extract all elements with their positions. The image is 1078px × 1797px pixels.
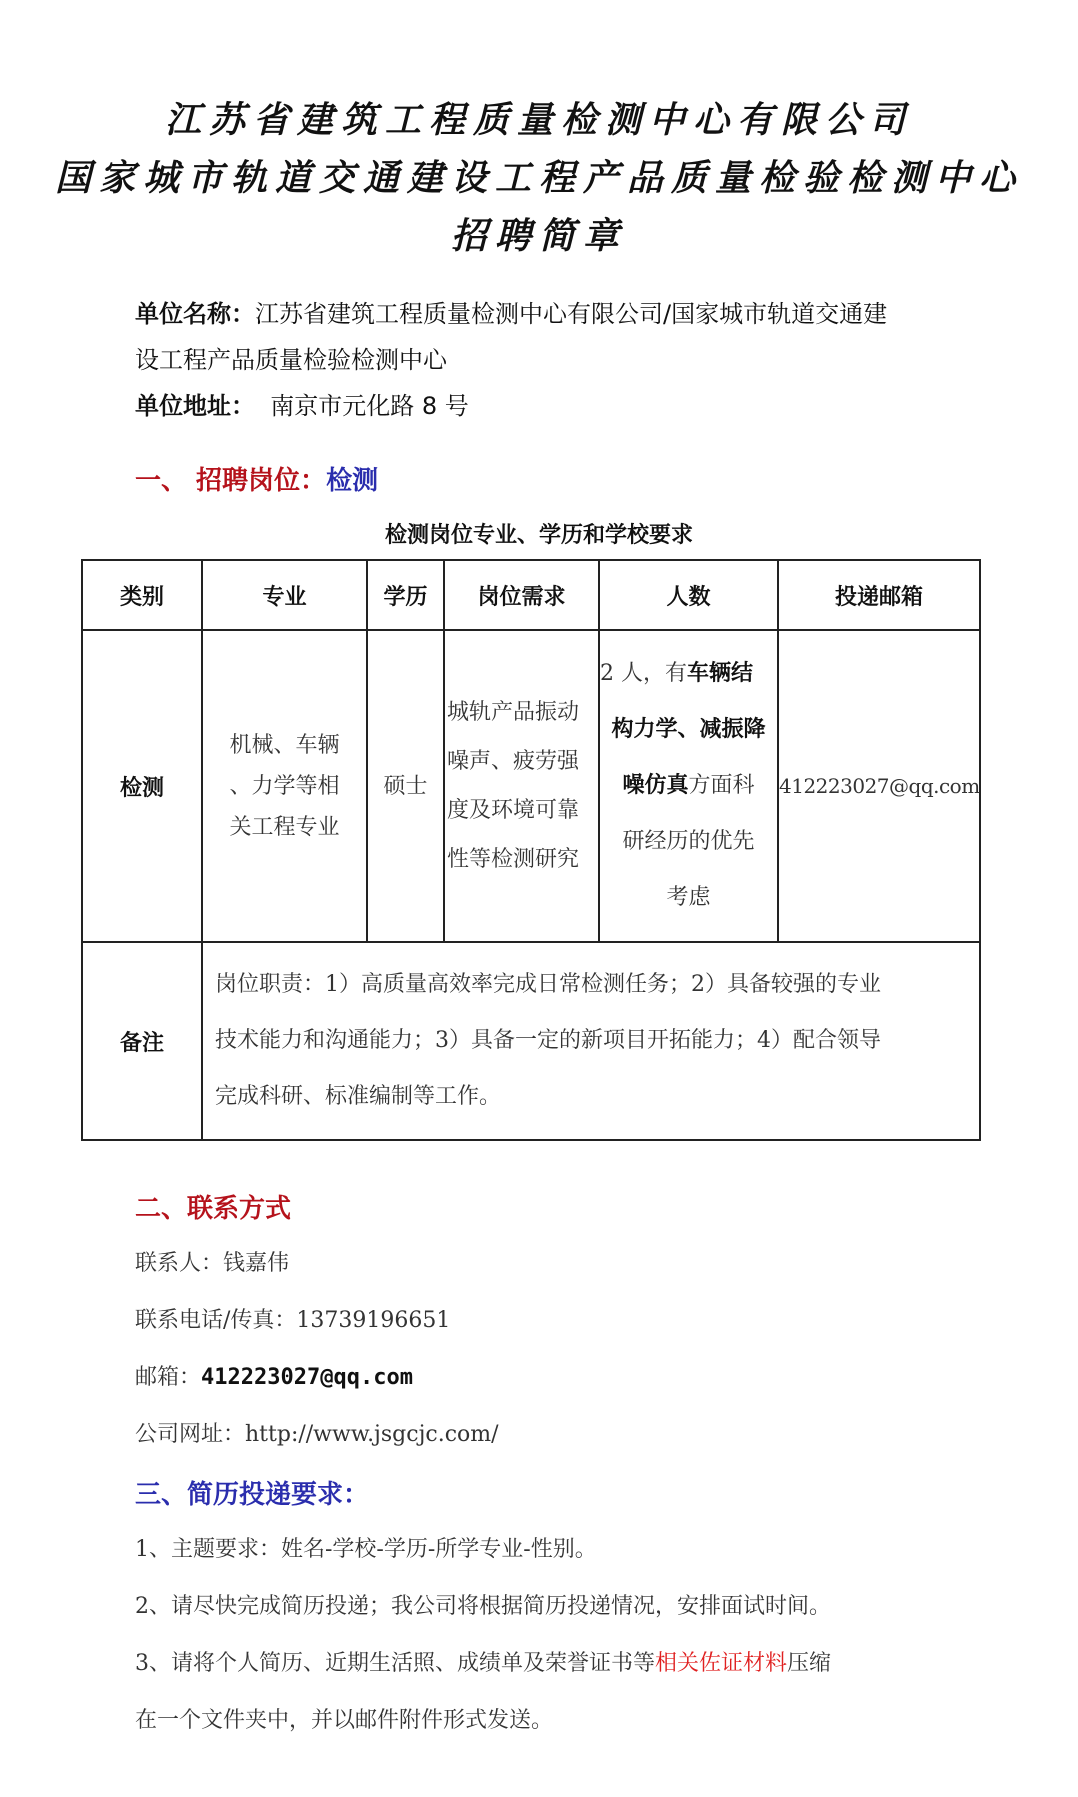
- headcount-line4: 研经历的优先: [600, 814, 777, 870]
- requirement-item-1: 1、主题要求：姓名-学校-学历-所学专业-性别。: [135, 1532, 597, 1563]
- cell-headcount: 2 人，有车辆结 构力学、减振降 噪仿真方面科 研经历的优先 考虑: [599, 630, 778, 942]
- contact-person-value: 钱嘉伟: [223, 1251, 289, 1276]
- requirement-item-3-cont: 在一个文件夹中，并以邮件附件形式发送。: [135, 1703, 553, 1734]
- item3-text: 3、请将个人简历、近期生活照、成绩单及荣誉证书等: [135, 1651, 655, 1676]
- section1-heading: 一、 招聘岗位：检测: [135, 460, 378, 497]
- table-note-row: 备注 岗位职责：1）高质量高效率完成日常检测任务；2）具备较强的专业 技术能力和…: [82, 942, 980, 1140]
- header-requirement: 岗位需求: [444, 560, 599, 630]
- major-line: 、力学等相: [203, 766, 366, 807]
- major-line: 机械、车辆: [203, 725, 366, 766]
- headcount-line3: 噪仿真方面科: [600, 758, 777, 814]
- cell-note-content: 岗位职责：1）高质量高效率完成日常检测任务；2）具备较强的专业 技术能力和沟通能…: [202, 942, 980, 1140]
- table-caption: 检测岗位专业、学历和学校要求: [0, 518, 1078, 549]
- website-label: 公司网址：: [135, 1422, 245, 1447]
- header-major: 专业: [202, 560, 367, 630]
- item3-highlight: 相关佐证材料: [655, 1651, 787, 1676]
- cell-email: 412223027@qq.com: [778, 630, 980, 942]
- headcount-bold: 构力学、减振降: [611, 717, 765, 742]
- table-header-row: 类别 专业 学历 岗位需求 人数 投递邮箱: [82, 560, 980, 630]
- requirement-item-3: 3、请将个人简历、近期生活照、成绩单及荣誉证书等相关佐证材料压缩: [135, 1646, 831, 1677]
- cell-requirement: 城轨产品振动 噪声、疲劳强 度及环境可靠 性等检测研究: [444, 630, 599, 942]
- requirement-line: 噪声、疲劳强: [447, 737, 598, 786]
- table-row: 检测 机械、车辆 、力学等相 关工程专业 硕士 城轨产品振动 噪声、疲劳强 度及…: [82, 630, 980, 942]
- headcount-line5: 考虑: [600, 870, 777, 926]
- note-line: 岗位职责：1）高质量高效率完成日常检测任务；2）具备较强的专业: [215, 957, 967, 1013]
- requirement-line: 性等检测研究: [447, 835, 598, 884]
- degree-text: 硕士: [368, 766, 443, 807]
- contact-person-line: 联系人：钱嘉伟: [135, 1246, 289, 1277]
- phone-label: 联系电话/传真：: [135, 1308, 296, 1333]
- cell-category: 检测: [82, 630, 202, 942]
- email-line: 邮箱：412223027@qq.com: [135, 1360, 413, 1391]
- item3-text-after: 压缩: [787, 1651, 831, 1676]
- recruitment-title: 招聘简章: [0, 208, 1078, 259]
- unit-name-value: 江苏省建筑工程质量检测中心有限公司/国家城市轨道交通建: [255, 300, 887, 328]
- headcount-normal: 2 人，有: [600, 661, 687, 686]
- phone-value: 13739196651: [296, 1308, 450, 1333]
- header-degree: 学历: [367, 560, 444, 630]
- contact-person-label: 联系人：: [135, 1251, 223, 1276]
- website-line: 公司网址：http://www.jsgcjc.com/: [135, 1417, 499, 1448]
- section3-heading: 三、简历投递要求：: [135, 1474, 369, 1511]
- cell-degree: 硕士: [367, 630, 444, 942]
- section2-heading: 二、联系方式: [135, 1188, 291, 1225]
- headcount-line2: 构力学、减振降: [600, 702, 777, 758]
- center-title: 国家城市轨道交通建设工程产品质量检验检测中心: [0, 150, 1078, 201]
- requirement-line: 度及环境可靠: [447, 786, 598, 835]
- email-text: 412223027@qq.com: [779, 766, 979, 807]
- company-title: 江苏省建筑工程质量检测中心有限公司: [0, 92, 1078, 143]
- requirements-table: 类别 专业 学历 岗位需求 人数 投递邮箱 检测 机械、车辆 、力学等相 关工程…: [81, 559, 981, 1141]
- requirement-line: 城轨产品振动: [447, 688, 598, 737]
- unit-address-label: 单位地址：: [135, 392, 255, 420]
- cell-note-label: 备注: [82, 942, 202, 1140]
- cell-major: 机械、车辆 、力学等相 关工程专业: [202, 630, 367, 942]
- unit-name-label: 单位名称：: [135, 300, 255, 328]
- note-line: 技术能力和沟通能力；3）具备一定的新项目开拓能力；4）配合领导: [215, 1013, 967, 1069]
- unit-name-line: 单位名称：江苏省建筑工程质量检测中心有限公司/国家城市轨道交通建: [135, 292, 887, 336]
- headcount-bold: 噪仿真: [622, 773, 688, 798]
- note-line: 完成科研、标准编制等工作。: [215, 1069, 967, 1125]
- header-category: 类别: [82, 560, 202, 630]
- section1-position: 检测: [326, 466, 378, 496]
- email-link[interactable]: 412223027@qq.com: [201, 1365, 413, 1390]
- header-email: 投递邮箱: [778, 560, 980, 630]
- header-headcount: 人数: [599, 560, 778, 630]
- section1-prefix: 一、 招聘岗位：: [135, 466, 326, 496]
- unit-name-line2: 设工程产品质量检验检测中心: [135, 338, 447, 382]
- unit-address-line: 单位地址： 南京市元化路 8 号: [135, 384, 469, 428]
- headcount-line1: 2 人，有车辆结: [600, 646, 777, 702]
- phone-line: 联系电话/传真：13739196651: [135, 1303, 450, 1334]
- headcount-normal: 方面科: [689, 773, 755, 798]
- unit-address-value: 南京市元化路 8 号: [270, 392, 469, 420]
- email-label: 邮箱：: [135, 1365, 201, 1390]
- major-line: 关工程专业: [203, 807, 366, 848]
- requirement-item-2: 2、请尽快完成简历投递；我公司将根据简历投递情况，安排面试时间。: [135, 1589, 831, 1620]
- headcount-bold: 车辆结: [687, 661, 753, 686]
- website-link[interactable]: http://www.jsgcjc.com/: [245, 1422, 499, 1447]
